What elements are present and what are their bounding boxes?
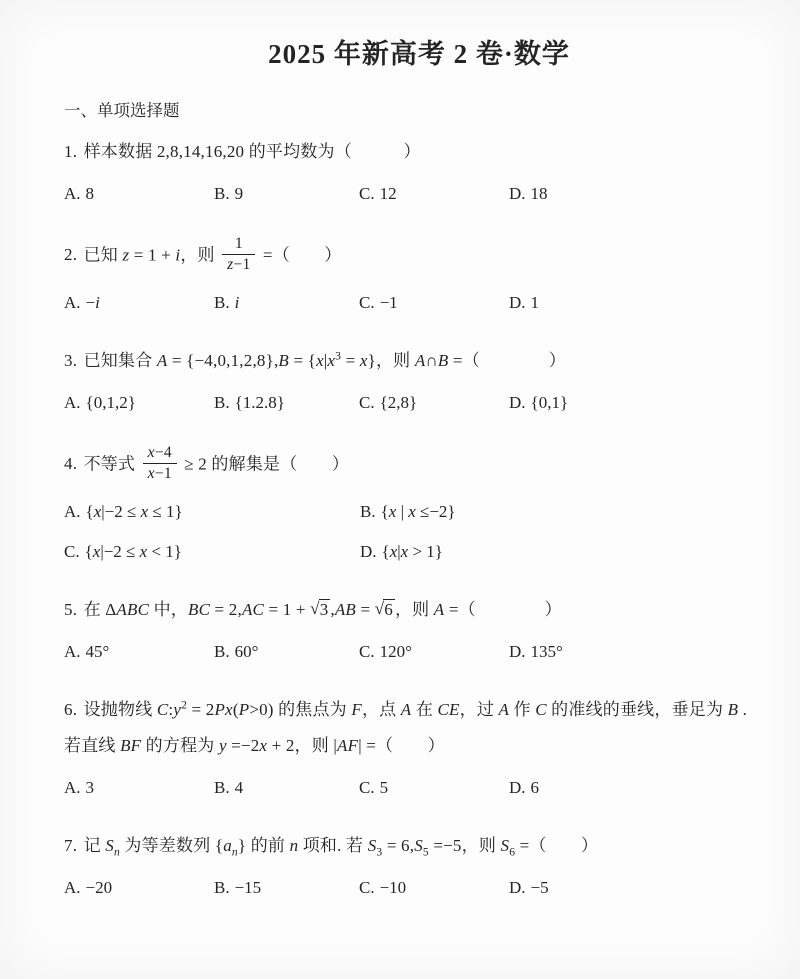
option: A.8: [64, 181, 214, 207]
fraction-numerator: 1: [222, 235, 255, 255]
option: C.{x|−2 ≤ x < 1}: [64, 539, 360, 565]
option: C.12: [359, 181, 509, 207]
option-label: C.: [359, 393, 375, 412]
question-number: 6.: [64, 700, 82, 719]
question-block: 6. 设抛物线 C:y2 = 2Px(P>0) 的焦点为 F，点 A 在 CE，…: [64, 695, 774, 801]
option: A.−20: [64, 875, 214, 901]
option-label: D.: [509, 642, 526, 661]
question-number: 1.: [64, 142, 82, 161]
option-text: {0,1}: [531, 393, 569, 412]
option-label: C.: [359, 184, 375, 203]
stem-text: 记 S: [84, 836, 114, 855]
options-row: A.3B.4C.5D.6: [64, 775, 774, 801]
option-text: {2,8}: [380, 393, 418, 412]
option-text: {x|−2 ≤ x < 1}: [85, 542, 182, 561]
option-label: D.: [509, 878, 526, 897]
question-block: 7. 记 Sn 为等差数列 {an} 的前 n 项和. 若 S3 = 6,S5 …: [64, 831, 774, 901]
stem-text: 不等式: [84, 454, 140, 473]
stem-text: 在 ΔABC 中，BC = 2,AC = 1 +: [84, 600, 311, 619]
option: B.{1.2.8}: [214, 390, 359, 416]
option: B.4: [214, 775, 359, 801]
stem-text: 已知集合 A = {−4,0,1,2,8},B = {x|x: [84, 351, 336, 370]
question-block: 4. 不等式 x−4x−1 ≥ 2 的解集是（ ）A.{x|−2 ≤ x ≤ 1…: [64, 446, 774, 565]
question-stem: 7. 记 Sn 为等差数列 {an} 的前 n 项和. 若 S3 = 6,S5 …: [64, 831, 774, 861]
question-block: 1. 样本数据 2,8,14,16,20 的平均数为（ ）A.8B.9C.12D…: [64, 137, 774, 207]
stem-text: =（ ）: [515, 836, 598, 855]
option: D.1: [509, 290, 539, 316]
stem-text: ,AB =: [330, 600, 374, 619]
option-text: 5: [380, 778, 389, 797]
option: B.60°: [214, 639, 359, 665]
question-stem: 5. 在 ΔABC 中，BC = 2,AC = 1 + √3,AB = √6，则…: [64, 595, 774, 625]
option-text: 12: [380, 184, 397, 203]
option-label: A.: [64, 184, 81, 203]
radicand: 6: [383, 599, 395, 619]
option: C.{2,8}: [359, 390, 509, 416]
option-text: {x | x ≤−2}: [381, 502, 456, 521]
questions-list: 1. 样本数据 2,8,14,16,20 的平均数为（ ）A.8B.9C.12D…: [64, 137, 774, 901]
option-text: 18: [531, 184, 548, 203]
stem-text: = 6,S: [382, 836, 423, 855]
option-label: A.: [64, 393, 81, 412]
option-text: 1: [531, 293, 540, 312]
option: A.{x|−2 ≤ x ≤ 1}: [64, 499, 360, 525]
question-number: 5.: [64, 600, 82, 619]
option-text: 6: [531, 778, 540, 797]
option-text: {x|x > 1}: [382, 542, 443, 561]
option-text: 3: [86, 778, 95, 797]
option: C.120°: [359, 639, 509, 665]
option-text: −10: [380, 878, 407, 897]
option-label: A.: [64, 778, 81, 797]
option-label: B.: [214, 393, 230, 412]
section-heading: 一、单项选择题: [64, 97, 774, 121]
option-text: 60°: [235, 642, 259, 661]
option-label: B.: [360, 502, 376, 521]
stem-text: = x}，则 A∩B =（ ）: [341, 351, 566, 370]
option: B.{x | x ≤−2}: [360, 499, 774, 525]
question-stem: 4. 不等式 x−4x−1 ≥ 2 的解集是（ ）: [64, 446, 774, 485]
question-stem: 1. 样本数据 2,8,14,16,20 的平均数为（ ）: [64, 137, 774, 167]
radical-symbol: √: [310, 594, 320, 624]
stem-text: 若直线 BF 的方程为 y =−2x + 2，则 |AF| =（ ）: [64, 736, 445, 755]
fraction-denominator: z−1: [222, 255, 255, 274]
option-text: −15: [235, 878, 262, 897]
option-label: A.: [64, 878, 81, 897]
question-stem: 3. 已知集合 A = {−4,0,1,2,8},B = {x|x3 = x}，…: [64, 346, 774, 376]
question-block: 5. 在 ΔABC 中，BC = 2,AC = 1 + √3,AB = √6，则…: [64, 595, 774, 665]
option: B.i: [214, 290, 359, 316]
options-row: A.{0,1,2}B.{1.2.8}C.{2,8}D.{0,1}: [64, 390, 774, 416]
option: A.−i: [64, 290, 214, 316]
option-label: A.: [64, 502, 81, 521]
question-block: 3. 已知集合 A = {−4,0,1,2,8},B = {x|x3 = x}，…: [64, 346, 774, 416]
stem-text: 为等差数列 {a: [120, 836, 232, 855]
option-text: 45°: [86, 642, 110, 661]
option: D.18: [509, 181, 548, 207]
option-text: {x|−2 ≤ x ≤ 1}: [86, 502, 183, 521]
option: C.5: [359, 775, 509, 801]
option-label: A.: [64, 293, 81, 312]
question-stem: 若直线 BF 的方程为 y =−2x + 2，则 |AF| =（ ）: [64, 731, 774, 761]
option-label: A.: [64, 642, 81, 661]
options-row: A.45°B.60°C.120°D.135°: [64, 639, 774, 665]
option-label: C.: [64, 542, 80, 561]
stem-text: ，则 A =（ ）: [395, 600, 562, 619]
option: A.{0,1,2}: [64, 390, 214, 416]
question-block: 2. 已知 z = 1 + i，则 1z−1 =（ ）A.−iB.iC.−1D.…: [64, 237, 774, 316]
radical-symbol: √: [375, 594, 385, 624]
option-text: i: [235, 293, 240, 312]
option: B.−15: [214, 875, 359, 901]
option: C.−10: [359, 875, 509, 901]
option-text: 4: [235, 778, 244, 797]
fraction-denominator: x−1: [143, 464, 177, 483]
option-label: B.: [214, 642, 230, 661]
question-number: 2.: [64, 245, 82, 264]
option-label: C.: [359, 642, 375, 661]
option-label: D.: [509, 293, 526, 312]
option-label: B.: [214, 778, 230, 797]
option: A.3: [64, 775, 214, 801]
option-label: D.: [509, 393, 526, 412]
option-label: D.: [360, 542, 377, 561]
option-text: 8: [86, 184, 95, 203]
stem-text: } 的前 n 项和. 若 S: [238, 836, 376, 855]
options-row: A.−iB.iC.−1D.1: [64, 290, 774, 316]
option-label: B.: [214, 878, 230, 897]
option-text: −1: [380, 293, 398, 312]
option-text: 135°: [531, 642, 563, 661]
fraction: x−4x−1: [143, 444, 177, 483]
fraction: 1z−1: [222, 235, 255, 274]
option-label: D.: [509, 778, 526, 797]
option-text: 9: [235, 184, 244, 203]
stem-text: 设抛物线 C:y: [84, 700, 181, 719]
option: B.9: [214, 181, 359, 207]
question-stem: 2. 已知 z = 1 + i，则 1z−1 =（ ）: [64, 237, 774, 276]
option: D.135°: [509, 639, 563, 665]
option-label: C.: [359, 778, 375, 797]
question-stem: 6. 设抛物线 C:y2 = 2Px(P>0) 的焦点为 F，点 A 在 CE，…: [64, 695, 774, 725]
option-text: −i: [86, 293, 100, 312]
option-text: −5: [531, 878, 549, 897]
stem-text: =−5，则 S: [429, 836, 509, 855]
option-text: −20: [86, 878, 113, 897]
option: C.−1: [359, 290, 509, 316]
options-row: A.−20B.−15C.−10D.−5: [64, 875, 774, 901]
stem-text: ≥ 2 的解集是（ ）: [180, 454, 349, 473]
option-text: 120°: [380, 642, 412, 661]
radicand: 3: [319, 599, 331, 619]
page-title: 2025 年新高考 2 卷·数学: [64, 32, 774, 71]
option: D.{0,1}: [509, 390, 568, 416]
option: D.6: [509, 775, 539, 801]
option-label: B.: [214, 184, 230, 203]
stem-text: 已知 z = 1 + i，则: [84, 245, 220, 264]
option-text: {0,1,2}: [86, 393, 136, 412]
square-root: √3: [310, 600, 330, 619]
question-number: 4.: [64, 454, 82, 473]
option-label: D.: [509, 184, 526, 203]
options-row: A.{x|−2 ≤ x ≤ 1}B.{x | x ≤−2}C.{x|−2 ≤ x…: [64, 499, 774, 565]
exam-page: 2025 年新高考 2 卷·数学 一、单项选择题 1. 样本数据 2,8,14,…: [0, 0, 800, 901]
option: D.−5: [509, 875, 549, 901]
stem-text: =（ ）: [258, 245, 341, 264]
fraction-numerator: x−4: [143, 444, 177, 464]
stem-text: 样本数据 2,8,14,16,20 的平均数为（ ）: [84, 142, 421, 161]
option-text: {1.2.8}: [235, 393, 285, 412]
question-number: 3.: [64, 351, 82, 370]
option: D.{x|x > 1}: [360, 539, 774, 565]
option-label: B.: [214, 293, 230, 312]
options-row: A.8B.9C.12D.18: [64, 181, 774, 207]
square-root: √6: [375, 600, 395, 619]
question-number: 7.: [64, 836, 82, 855]
stem-text: = 2Px(P>0) 的焦点为 F，点 A 在 CE，过 A 作 C 的准线的垂…: [187, 700, 747, 719]
option: A.45°: [64, 639, 214, 665]
option-label: C.: [359, 878, 375, 897]
option-label: C.: [359, 293, 375, 312]
